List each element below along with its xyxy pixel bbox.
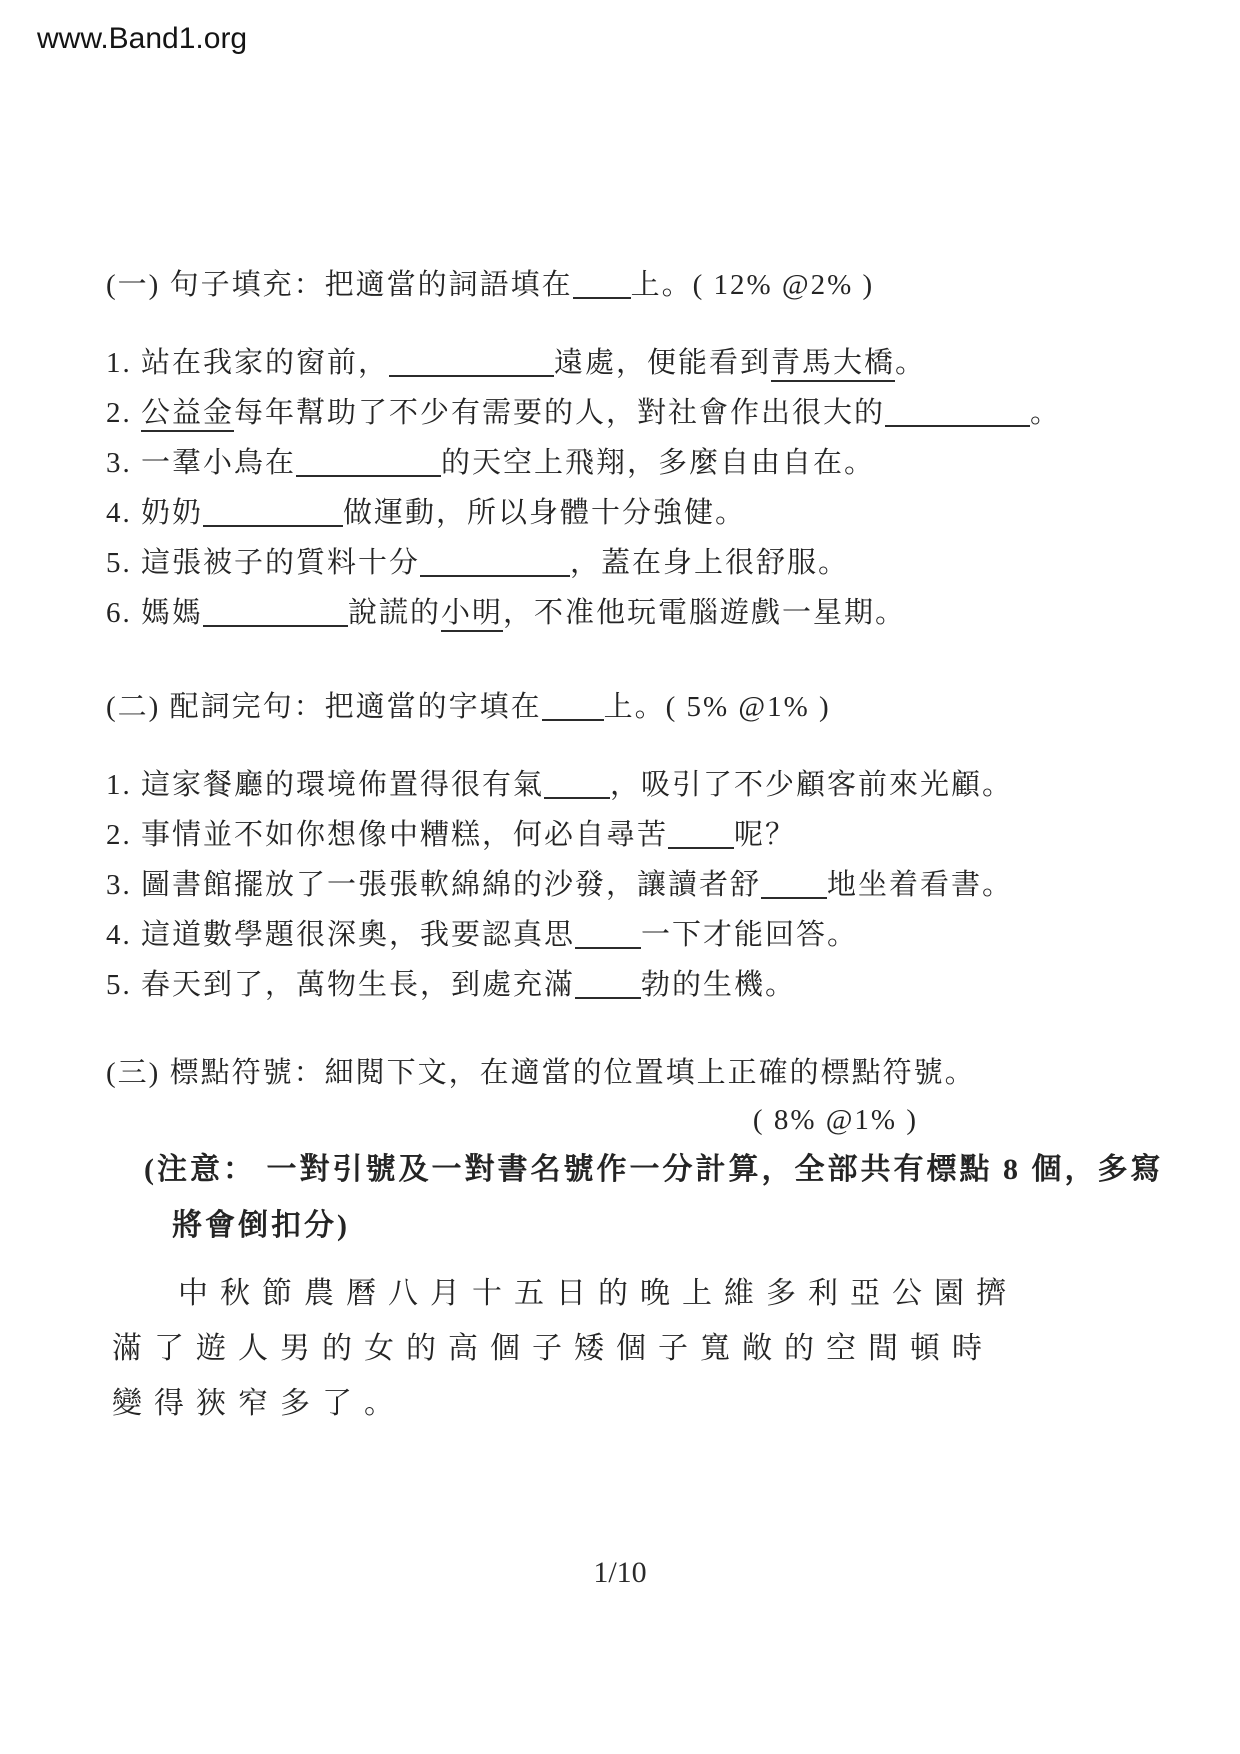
question-item-5: 5. 春天到了，萬物生長，到處充滿勃的生機。 <box>106 960 1046 1010</box>
blank-line <box>544 767 610 799</box>
question-item-3: 3. 圖書館擺放了一張張軟綿綿的沙發，讓讀者舒地坐着看書。 <box>106 860 1046 910</box>
question-item-6: 6. 媽媽說謊的小明，不准他玩電腦遊戲一星期。 <box>106 588 1046 638</box>
question-text: 5. 這張被子的質料十分 <box>106 547 420 579</box>
question-text: 4. 奶奶 <box>106 497 203 529</box>
question-text: 2. <box>106 397 141 429</box>
question-text: 1. 這家餐廳的環境佈置得很有氣 <box>106 769 544 801</box>
question-text: 每年幫助了不少有需要的人，對社會作出很大的 <box>234 397 885 429</box>
blank-line <box>420 545 570 577</box>
section-2-word-completion: (二) 配詞完句：把適當的字填在上。( 5% @1% ) 1. 這家餐廳的環境佈… <box>106 682 1046 1010</box>
question-text: 4. 這道數學題很深奧，我要認真思 <box>106 919 575 951</box>
question-text: 5. 春天到了，萬物生長，到處充滿 <box>106 969 575 1001</box>
section-2-heading-pre: (二) 配詞完句：把適當的字填在 <box>106 691 542 723</box>
question-text: 一下才能回答。 <box>641 919 858 951</box>
question-text: ，吸引了不少顧客前來光顧。 <box>610 769 1013 801</box>
question-text: 勃的生機。 <box>641 969 796 1001</box>
blank-line <box>761 867 827 899</box>
passage-line-3: 變得狹窄多了。 <box>112 1376 1046 1431</box>
blank-line <box>573 267 631 299</box>
question-text: 的天空上飛翔，多麼自由自在。 <box>441 447 875 479</box>
question-text: 做運動，所以身體十分強健。 <box>343 497 746 529</box>
passage-line-2: 滿了遊人男的女的高個子矮個子寬敞的空間頓時 <box>112 1321 1046 1376</box>
underlined-proper-noun: 公益金 <box>141 397 234 432</box>
question-text: ，不准他玩電腦遊戲一星期。 <box>503 597 906 629</box>
question-text: 。 <box>895 347 926 379</box>
section-3-punctuation: (三) 標點符號：細閱下文，在適當的位置填上正確的標點符號。 ( 8% @1% … <box>106 1048 1046 1431</box>
blank-line <box>575 967 641 999</box>
blank-line <box>389 345 554 377</box>
note-line-2: 將會倒扣分) <box>106 1198 1046 1254</box>
question-item-4: 4. 奶奶做運動，所以身體十分強健。 <box>106 488 1046 538</box>
blank-line <box>203 495 343 527</box>
punctuation-passage: 中秋節農曆八月十五日的晚上維多利亞公園擠 滿了遊人男的女的高個子矮個子寬敞的空間… <box>106 1266 1046 1431</box>
underlined-proper-noun: 小明 <box>441 597 503 632</box>
question-item-1: 1. 這家餐廳的環境佈置得很有氣，吸引了不少顧客前來光顧。 <box>106 760 1046 810</box>
question-item-5: 5. 這張被子的質料十分，蓋在身上很舒服。 <box>106 538 1046 588</box>
question-text: 3. 一羣小鳥在 <box>106 447 296 479</box>
question-text: 1. 站在我家的窗前， <box>106 347 389 379</box>
section-1-heading-pre: (一) 句子填充：把適當的詞語填在 <box>106 269 573 301</box>
question-text: 地坐着看書。 <box>827 869 1013 901</box>
question-text: 3. 圖書館擺放了一張張軟綿綿的沙發，讓讀者舒 <box>106 869 761 901</box>
note-line-1: (注意： 一對引號及一對書名號作一分計算，全部共有標點 8 個，多寫 <box>106 1142 1046 1198</box>
question-text: 。 <box>1030 397 1061 429</box>
underlined-proper-noun: 青馬大橋 <box>771 347 895 382</box>
section-1-heading-post: 上。( 12% @2% ) <box>631 269 875 301</box>
blank-line <box>203 595 348 627</box>
exam-page: www.Band1.org (一) 句子填充：把適當的詞語填在上。( 12% @… <box>0 0 1240 1754</box>
question-text: ，蓋在身上很舒服。 <box>570 547 849 579</box>
question-item-4: 4. 這道數學題很深奧，我要認真思一下才能回答。 <box>106 910 1046 960</box>
question-text: 6. 媽媽 <box>106 597 203 629</box>
question-text: 遠處，便能看到 <box>554 347 771 379</box>
blank-line <box>542 689 604 721</box>
question-text: 2. 事情並不如你想像中糟糕，何必自尋苦 <box>106 819 668 851</box>
question-text: 呢？ <box>734 819 796 851</box>
question-item-1: 1. 站在我家的窗前，遠處，便能看到青馬大橋。 <box>106 338 1046 388</box>
blank-line <box>885 395 1030 427</box>
section-3-score: ( 8% @1% ) <box>106 1098 1046 1142</box>
question-text: 說謊的 <box>348 597 441 629</box>
question-item-2: 2. 公益金每年幫助了不少有需要的人，對社會作出很大的。 <box>106 388 1046 438</box>
blank-line <box>296 445 441 477</box>
passage-line-1: 中秋節農曆八月十五日的晚上維多利亞公園擠 <box>112 1266 1046 1321</box>
blank-line <box>575 917 641 949</box>
section-3-heading: (三) 標點符號：細閱下文，在適當的位置填上正確的標點符號。 <box>106 1048 1046 1098</box>
section-1-sentence-fill: (一) 句子填充：把適當的詞語填在上。( 12% @2% ) 1. 站在我家的窗… <box>106 260 1046 638</box>
page-number: 1/10 <box>0 1556 1240 1590</box>
section-2-heading: (二) 配詞完句：把適當的字填在上。( 5% @1% ) <box>106 682 1046 732</box>
section-1-heading: (一) 句子填充：把適當的詞語填在上。( 12% @2% ) <box>106 260 1046 310</box>
blank-line <box>668 817 734 849</box>
question-item-3: 3. 一羣小鳥在的天空上飛翔，多麼自由自在。 <box>106 438 1046 488</box>
section-2-heading-post: 上。( 5% @1% ) <box>604 691 831 723</box>
question-item-2: 2. 事情並不如你想像中糟糕，何必自尋苦呢？ <box>106 810 1046 860</box>
site-url: www.Band1.org <box>37 22 247 56</box>
